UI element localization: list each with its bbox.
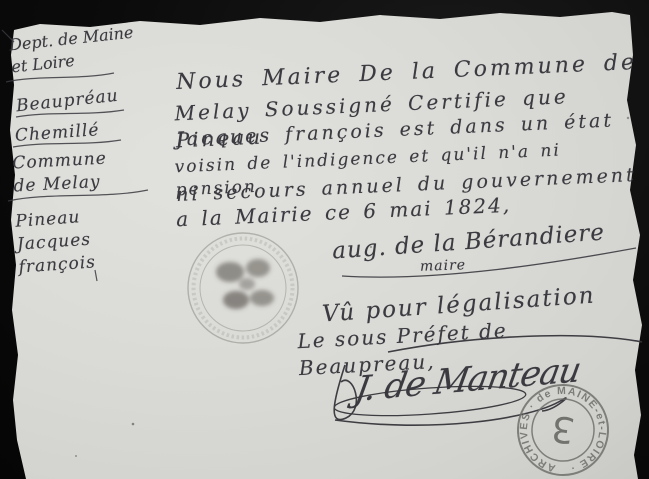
photo-background: Dept. de Maine et Loire Beaupréau Chemil… bbox=[0, 0, 649, 479]
margin-person-name: Pineau Jacques françois bbox=[15, 205, 97, 279]
margin-commune: Commune de Melay bbox=[12, 148, 109, 199]
mayor-title: maire bbox=[420, 256, 467, 276]
